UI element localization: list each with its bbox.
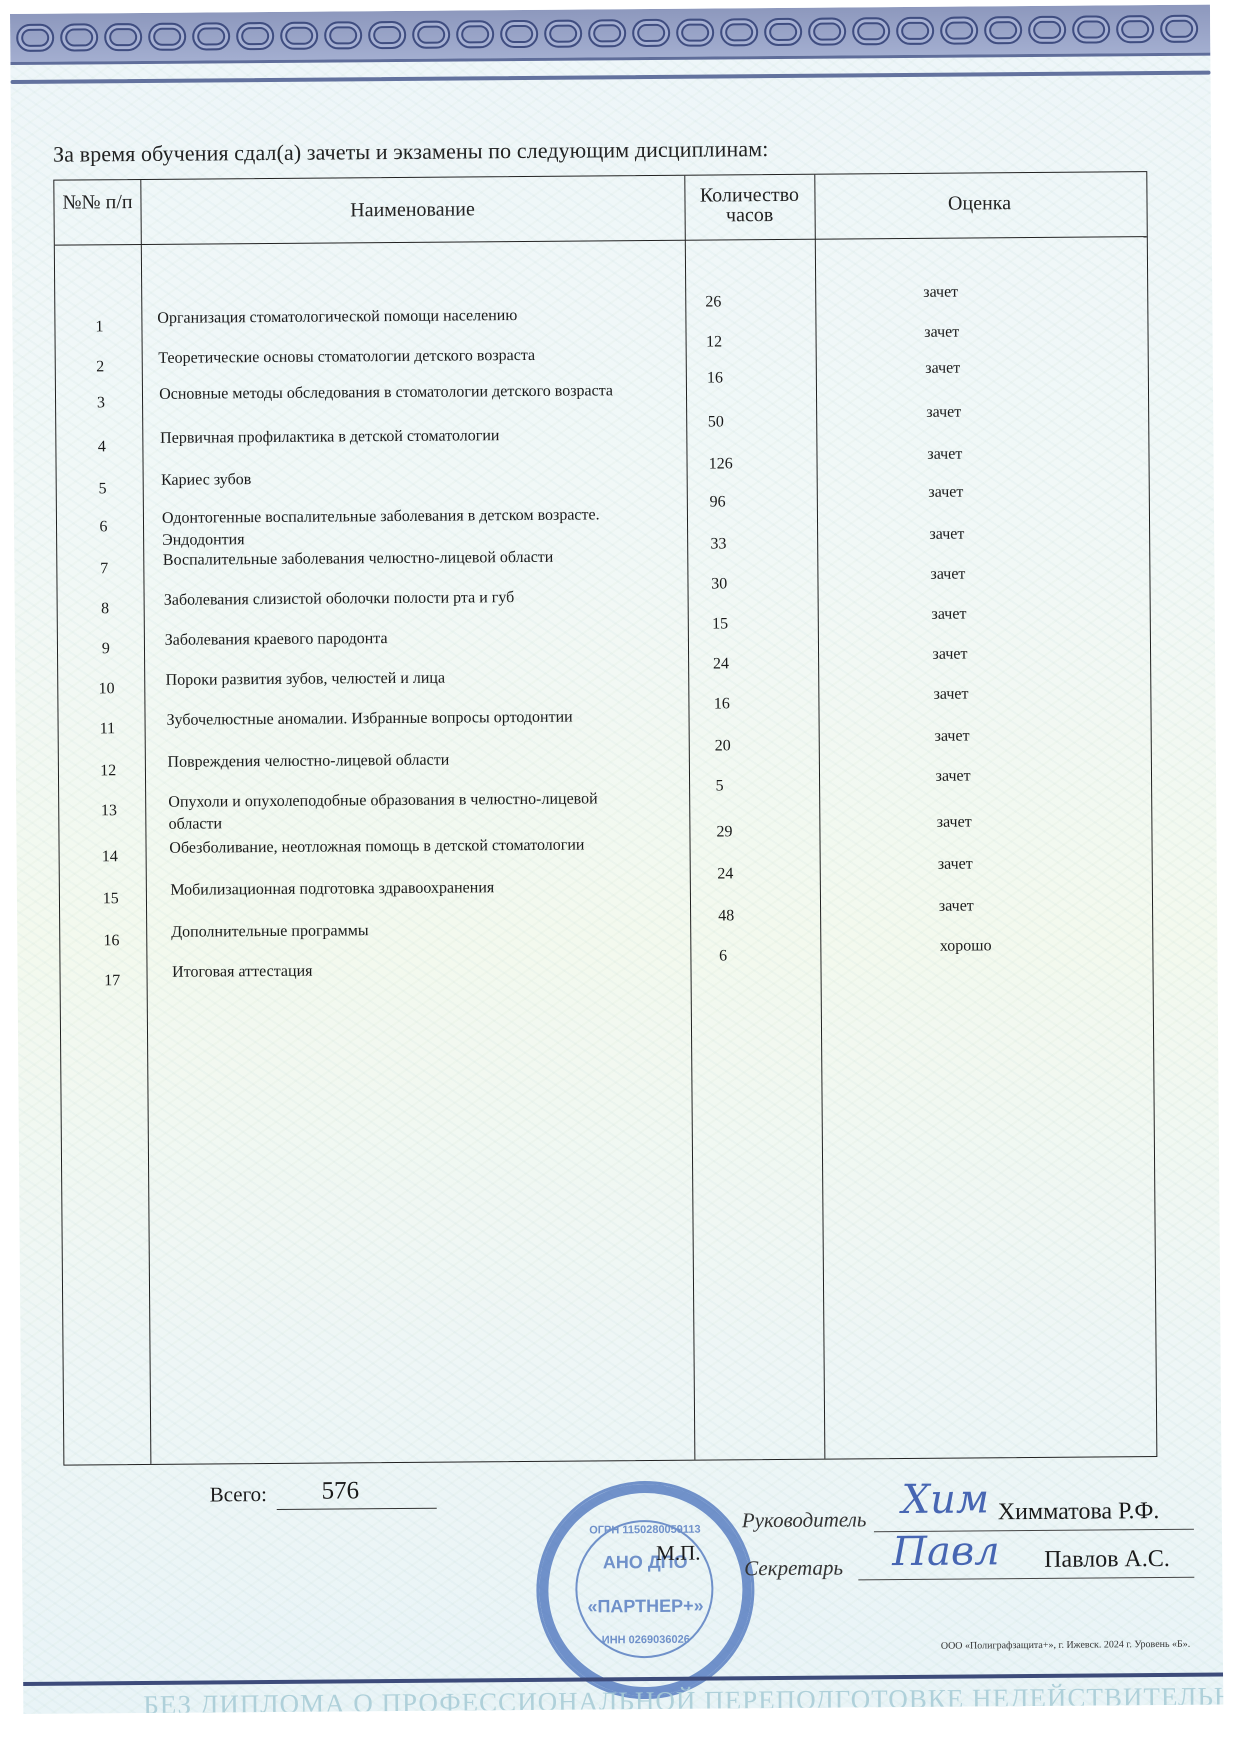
ornament-oval (500, 20, 538, 48)
row-number: 12 (78, 762, 138, 780)
ornament-oval (852, 17, 890, 45)
secretary-signature: Павл (892, 1528, 1000, 1575)
discipline-hours: 33 (710, 535, 726, 553)
ornament-oval (412, 21, 450, 49)
ornament-oval (16, 24, 54, 52)
discipline-grade: зачет (939, 897, 974, 915)
row-number: 1 (69, 318, 129, 336)
table-row: 17Итоговая аттестация6хорошо (60, 956, 1152, 966)
header-name: Наименование (140, 198, 684, 222)
row-number: 4 (72, 438, 132, 456)
discipline-hours: 30 (711, 575, 727, 593)
row-number: 11 (77, 720, 137, 738)
ornament-oval (940, 16, 978, 44)
discipline-hours: 16 (707, 369, 723, 387)
ornament-oval (192, 22, 230, 50)
ornament-oval (984, 16, 1022, 44)
discipline-hours: 24 (713, 655, 729, 673)
discipline-grade: зачет (937, 813, 972, 831)
discipline-name: Обезболивание, неотложная помощь в детск… (169, 834, 649, 860)
discipline-grade: зачет (931, 606, 966, 624)
discipline-hours: 16 (714, 695, 730, 713)
discipline-name: Воспалительные заболевания челюстно-лице… (163, 546, 643, 572)
diploma-supplement-page: За время обучения сдал(а) зачеты и экзам… (10, 5, 1223, 1714)
ornament-oval (236, 22, 274, 50)
discipline-name: Организация стоматологической помощи нас… (157, 304, 637, 330)
ornament-oval (896, 17, 934, 45)
total-underline (277, 1508, 437, 1510)
secretary-signature-line (858, 1577, 1194, 1581)
row-number: 9 (76, 640, 136, 658)
secretary-signature-label: Секретарь (744, 1556, 843, 1582)
discipline-hours: 12 (706, 333, 722, 351)
discipline-hours: 24 (717, 865, 733, 883)
ornament-oval (588, 19, 626, 47)
discipline-name: Пороки развития зубов, челюстей и лица (166, 666, 646, 692)
discipline-grade: зачет (936, 767, 971, 785)
table-row: 15Мобилизационная подготовка здравоохран… (60, 874, 1152, 884)
secretary-name: Павлов А.С. (1044, 1546, 1170, 1574)
discipline-grade: зачет (927, 446, 962, 464)
ornament-oval (544, 20, 582, 48)
discipline-hours: 6 (719, 947, 727, 965)
discipline-name: Заболевания краевого пародонта (165, 626, 645, 652)
discipline-name: Основные методы обследования в стоматоло… (159, 380, 639, 406)
decorative-wave-line (11, 71, 1211, 84)
discipline-grade: зачет (928, 484, 963, 502)
discipline-name: Первичная профилактика в детской стомато… (160, 424, 640, 450)
table-row: 2Теоретические основы стоматологии детск… (56, 342, 1148, 352)
discipline-hours: 50 (708, 413, 724, 431)
row-number: 14 (80, 848, 140, 866)
discipline-name: Кариес зубов (161, 466, 641, 492)
header-hours: Количество часов (684, 185, 814, 226)
printer-imprint: ООО «Полиграфзащита+», г. Ижевск. 2024 г… (941, 1639, 1191, 1652)
discipline-hours: 126 (709, 455, 733, 473)
table-row: 6Одонтогенные воспалительные заболевания… (57, 502, 1149, 512)
discipline-grade: зачет (926, 404, 961, 422)
ornament-oval (764, 18, 802, 46)
head-name: Химматова Р.Ф. (998, 1498, 1160, 1526)
ornament-oval (1160, 15, 1198, 43)
row-number: 16 (81, 932, 141, 950)
discipline-name: Мобилизационная подготовка здравоохранен… (170, 876, 650, 902)
discipline-grade: зачет (938, 855, 973, 873)
row-number: 15 (81, 890, 141, 908)
total-label: Всего: (210, 1482, 268, 1507)
ornament-oval (808, 17, 846, 45)
ornament-oval (148, 23, 186, 51)
ornament-oval (632, 19, 670, 47)
row-number: 2 (70, 358, 130, 376)
total-hours-value: 576 (322, 1477, 360, 1505)
discipline-hours: 96 (709, 493, 725, 511)
discipline-grade: зачет (925, 360, 960, 378)
guilloche-ornament (16, 15, 1198, 52)
header-grade: Оценка (814, 192, 1144, 215)
table-row: 16Дополнительные программы48зачет (60, 916, 1152, 926)
discipline-name: Опухоли и опухолеподобные образования в … (168, 788, 648, 836)
discipline-name: Теоретические основы стоматологии детско… (158, 344, 638, 370)
row-number: 17 (82, 972, 142, 990)
row-number: 8 (75, 600, 135, 618)
ornament-oval (720, 18, 758, 46)
ornament-oval (60, 23, 98, 51)
discipline-hours: 20 (715, 737, 731, 755)
discipline-name: Повреждения челюстно-лицевой области (167, 748, 647, 774)
ornament-oval (1072, 15, 1110, 43)
discipline-name: Зубочелюстные аномалии. Избранные вопрос… (166, 706, 646, 732)
discipline-grade: зачет (930, 566, 965, 584)
ornament-oval (1028, 16, 1066, 44)
ornament-oval (280, 22, 318, 50)
ornament-oval (1116, 15, 1154, 43)
discipline-hours: 29 (716, 823, 732, 841)
discipline-grade: зачет (924, 324, 959, 342)
table-row: 5Кариес зубов126зачет (57, 464, 1149, 474)
security-watermark-text: БЕЗ ДИПЛОМА О ПРОФЕССИОНАЛЬНОЙ ПЕРЕПОДГО… (143, 1681, 1223, 1714)
discipline-grade: хорошо (940, 937, 992, 955)
table-row: 9Заболевания краевого пародонта15зачет (58, 624, 1150, 634)
discipline-name: Заболевания слизистой оболочки полости р… (164, 586, 644, 612)
discipline-hours: 48 (718, 907, 734, 925)
official-seal: ОГРН 1150280059113 АНО ДПО «ПАРТНЕР+» ИН… (536, 1480, 756, 1700)
discipline-name: Итоговая аттестация (172, 958, 652, 984)
discipline-hours: 5 (715, 777, 723, 795)
discipline-name: Одонтогенные воспалительные заболевания … (162, 504, 642, 552)
ornament-oval (456, 20, 494, 48)
ornament-oval (368, 21, 406, 49)
discipline-grade: зачет (923, 284, 958, 302)
discipline-grade: зачет (933, 685, 968, 703)
discipline-grade: зачет (935, 727, 970, 745)
head-signature: Хим (902, 1476, 990, 1523)
disciplines-table: №№ п/п Наименование Количество часов Оце… (53, 171, 1157, 1466)
row-number: 10 (77, 680, 137, 698)
ornament-oval (324, 21, 362, 49)
table-row: 1Организация стоматологической помощи на… (55, 302, 1147, 312)
header-number: №№ п/п (54, 192, 140, 213)
row-number: 7 (74, 560, 134, 578)
row-number: 3 (71, 394, 131, 412)
row-number: 13 (79, 802, 139, 820)
discipline-hours: 15 (712, 615, 728, 633)
table-row: 10Пороки развития зубов, челюстей и лица… (58, 664, 1150, 674)
seal-place-label: М.П. (656, 1541, 701, 1566)
discipline-hours: 26 (705, 293, 721, 311)
table-row: 11Зубочелюстные аномалии. Избранные вопр… (58, 704, 1150, 714)
intro-text: За время обучения сдал(а) зачеты и экзам… (53, 136, 768, 168)
security-border-band (10, 5, 1210, 65)
row-number: 5 (73, 480, 133, 498)
table-row: 12Повреждения челюстно-лицевой области20… (59, 746, 1151, 756)
discipline-name: Дополнительные программы (171, 918, 651, 944)
table-row: 13Опухоли и опухолеподобные образования … (59, 786, 1151, 796)
head-signature-label: Руководитель (742, 1507, 867, 1533)
table-row: 8Заболевания слизистой оболочки полости … (58, 584, 1150, 594)
ornament-oval (676, 18, 714, 46)
discipline-grade: зачет (932, 646, 967, 664)
ornament-oval (104, 23, 142, 51)
row-number: 6 (73, 518, 133, 536)
table-row: 4Первичная профилактика в детской стомат… (56, 422, 1148, 432)
discipline-grade: зачет (929, 526, 964, 544)
table-row: 3Основные методы обследования в стоматол… (56, 378, 1148, 388)
